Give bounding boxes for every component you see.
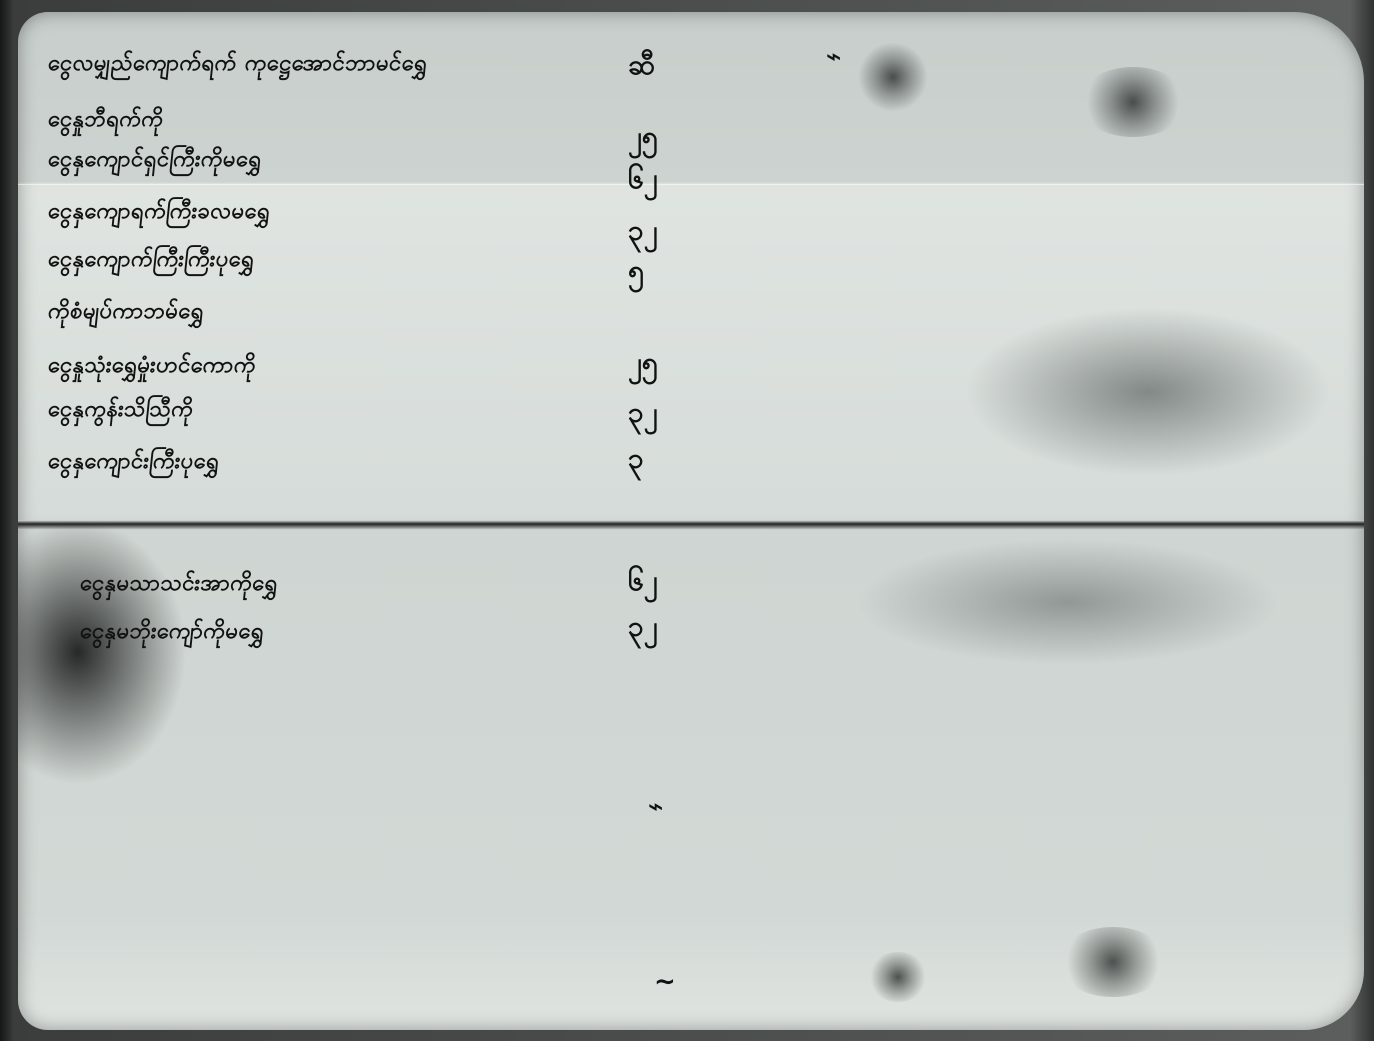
entry-text: ငွေနှုသုံးရွှေမှုံးဟင်ကောကို <box>46 350 257 383</box>
ink-mark: ∼ <box>654 967 676 997</box>
entry-amount: ၆၂ <box>628 562 658 604</box>
entry-text: ငွေနှကွန်းသိသြီကို <box>46 394 195 427</box>
ink-stain <box>868 952 928 1002</box>
ink-stain <box>1078 67 1188 137</box>
entry-amount: ၃ <box>628 440 644 482</box>
entry-amount: ၂၅ <box>628 118 658 160</box>
entry-text: ငွေနှမသာသင်းအာကိုရွှေ <box>78 568 279 601</box>
entry-amount: ၃၂ <box>628 212 658 254</box>
exposure-seam <box>18 184 1364 185</box>
ink-stain <box>1058 927 1168 997</box>
entry-amount: ၅ <box>628 252 644 294</box>
ink-mark: ⌁ <box>648 792 664 822</box>
entry-amount: ၆၂ <box>628 160 658 202</box>
entry-text: ငွေနှကျောင်ရှင်ကြီးကိုမရွှေ <box>46 144 263 177</box>
entry-text: ငွေနှကျောရက်ကြီးခလမရွှေ <box>46 196 272 229</box>
page-fold <box>18 520 1364 530</box>
entry-text: ငွေနှုဘီရက်ကို <box>46 104 165 137</box>
entry-amount: ၃၂ <box>628 608 658 650</box>
entry-amount: ၃၂ <box>628 394 658 436</box>
entry-text: ငွေနှကျောက်ကြီးကြီးပုရွှေ <box>46 244 256 277</box>
entry-text: ငွေနှမဘိုးကျော်ကိုမရွှေ <box>78 616 265 649</box>
entry-text: ငွေနှကျောင်းကြီးပုရွှေ <box>46 446 221 479</box>
entry-text: ငွေလမျှည်ကျောက်ရက် ကုဋ္ဌေအောင်ဘာမင်ရွှေ <box>46 48 429 81</box>
entry-text: ကိုစံမျပ်ကာဘမ်ရွှေ <box>46 296 205 329</box>
entry-amount: ၂၅ <box>628 344 658 386</box>
entry-amount: ဆီ <box>628 46 655 88</box>
ink-stain <box>858 42 928 112</box>
ink-mark: ⌁ <box>826 42 842 72</box>
